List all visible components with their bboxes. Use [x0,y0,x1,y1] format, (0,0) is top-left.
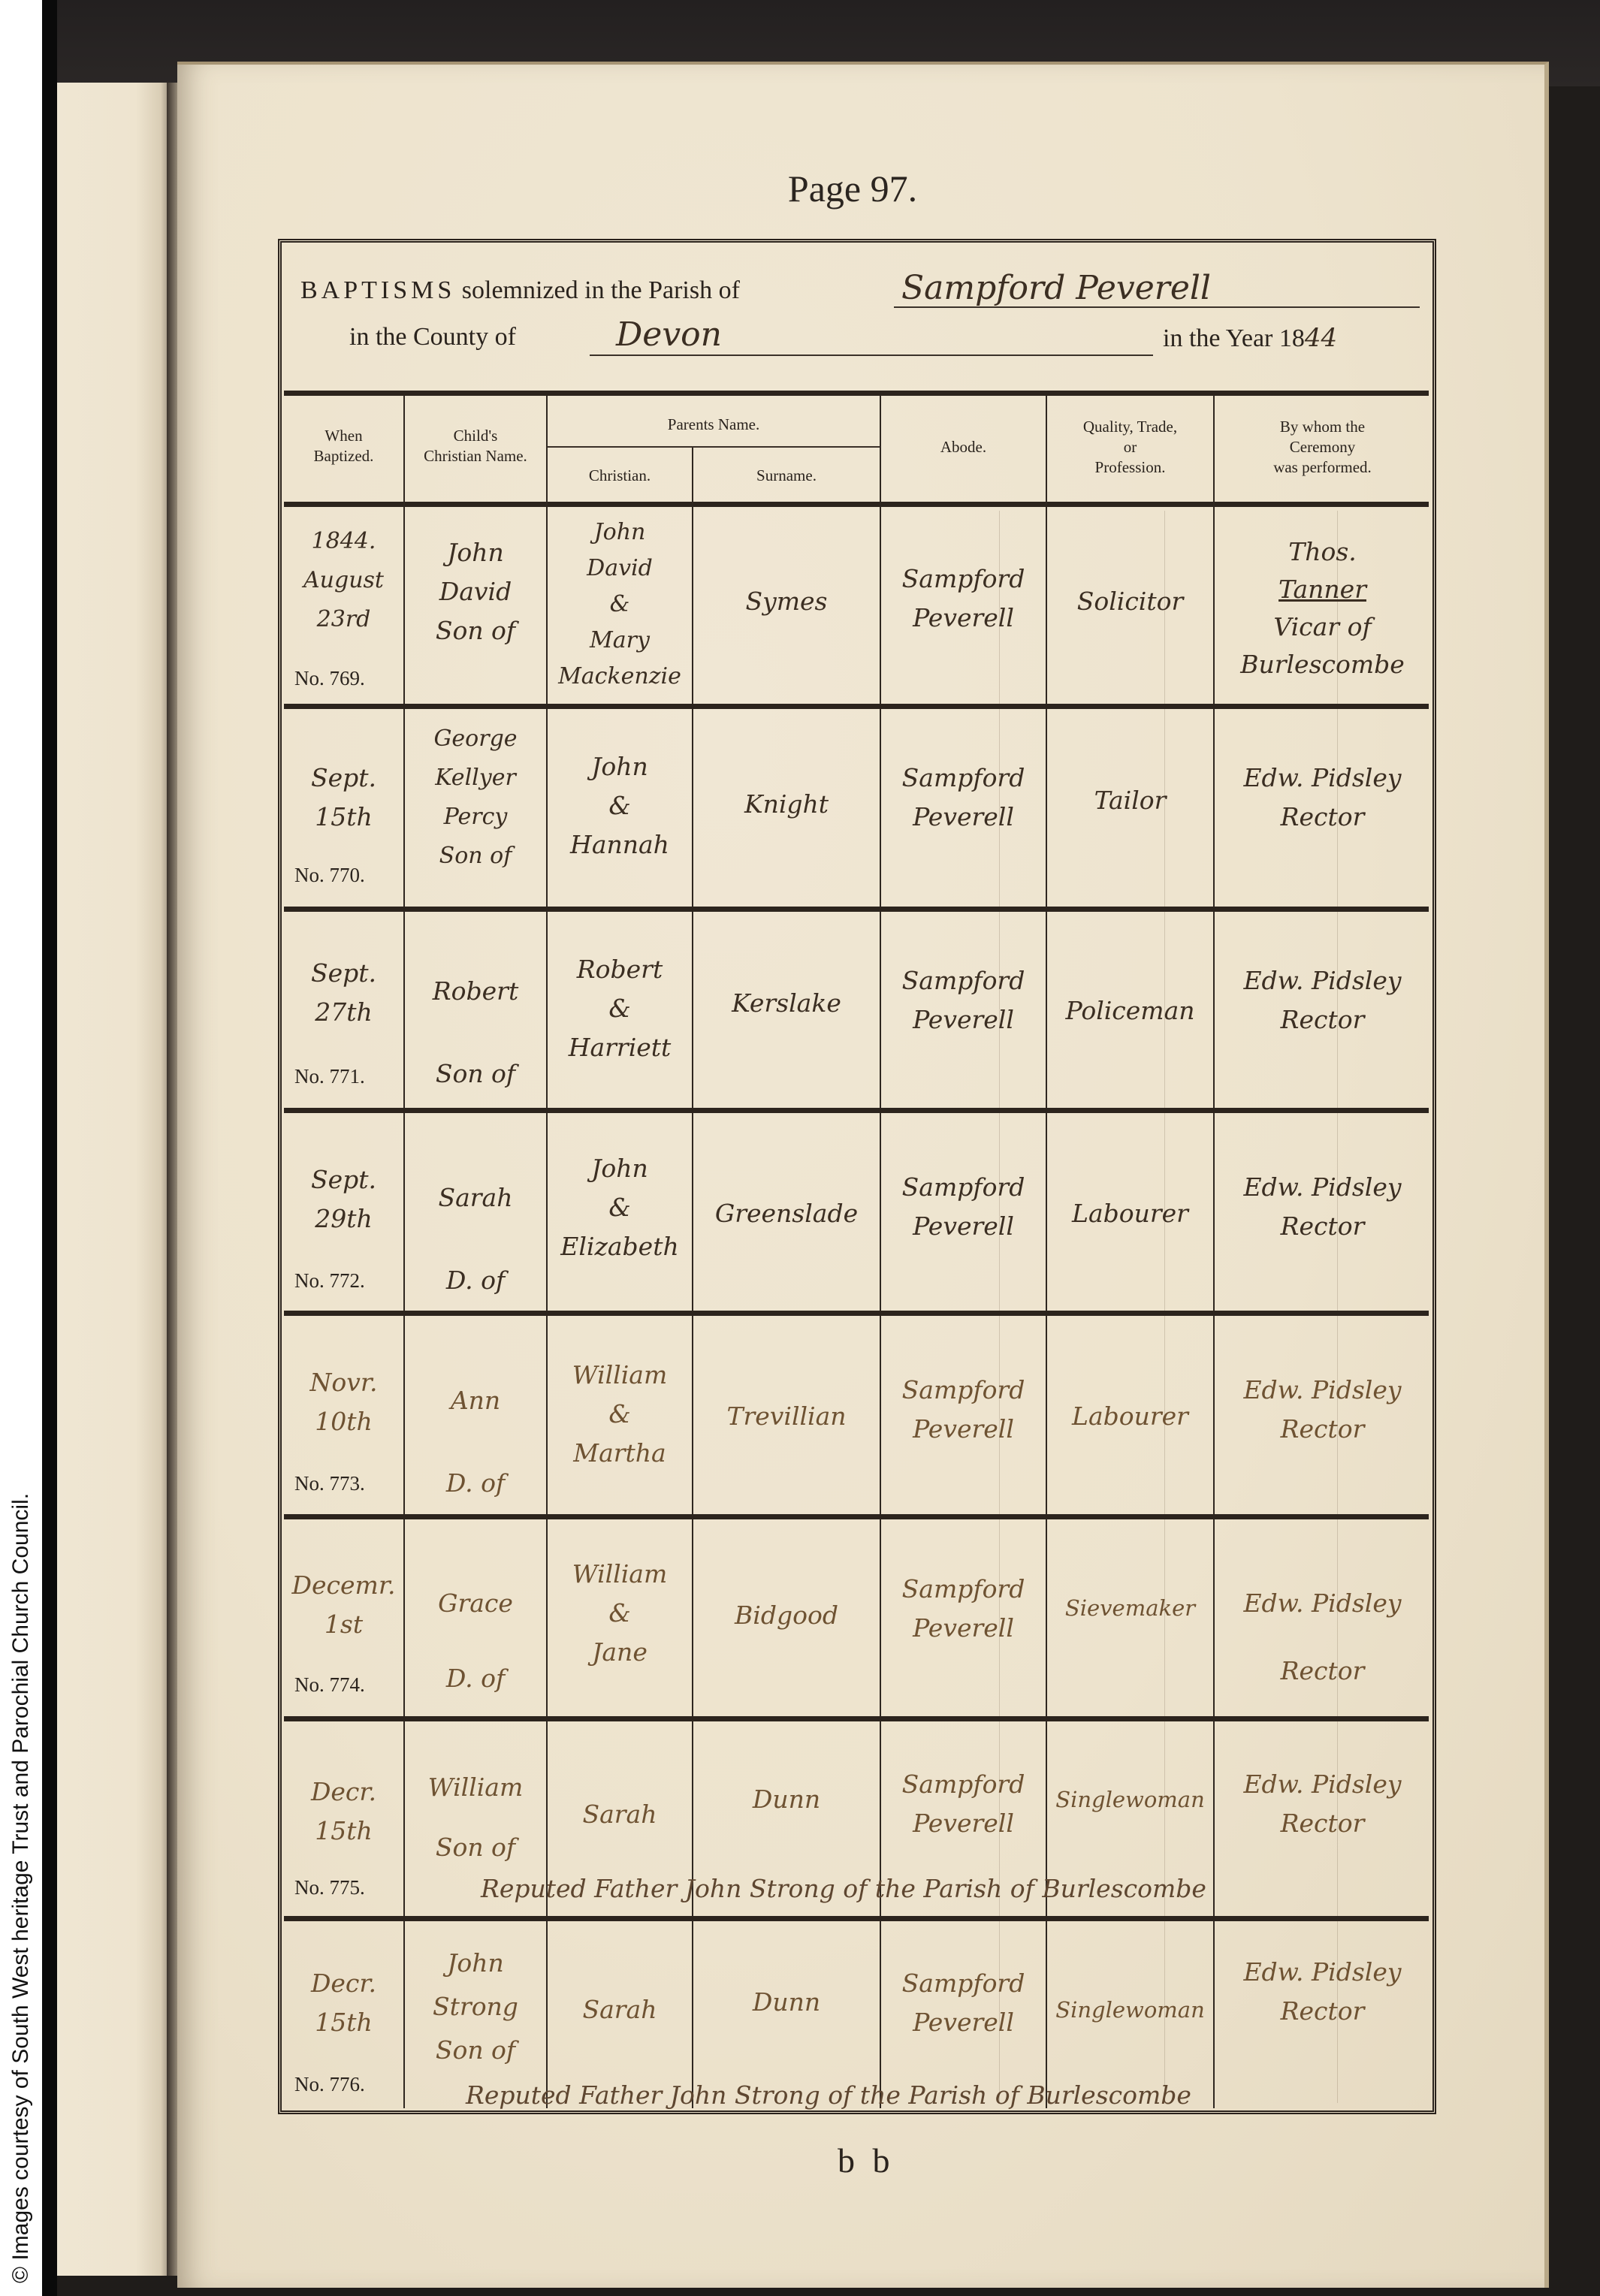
abode-line: Sampford [882,961,1045,1000]
entry-abode: Sampford Peverell [882,1765,1045,1843]
title-caps: BAPTISMS [300,276,455,304]
row-rule [284,907,1429,912]
header-ceremony-line: was performed. [1215,457,1429,478]
christian-line: Robert [548,950,691,989]
column-divider [403,396,405,2108]
abode-line: Sampford [882,1570,1045,1609]
year-suffix: 44 [1305,323,1337,353]
child-line: D. of [406,1239,545,1322]
officiant-line: Rector [1215,1410,1429,1449]
entry-child: Sarah D. of [406,1157,545,1322]
row-rule [284,704,1429,709]
when-line: Sept. [285,759,402,798]
entry-quality: Solicitor [1048,582,1212,621]
header-ceremony-line: By whom the [1215,417,1429,437]
parish-name: Sampford Peverell [901,269,1211,307]
header-top-rule [284,391,1429,396]
child-line: David [406,572,545,611]
when-line: Decemr. [285,1566,402,1605]
officiant-line: Vicar of [1215,608,1429,646]
officiant-line: Rector [1215,1804,1429,1843]
header-child-line: Christian Name. [406,446,545,466]
abode-line: Peverell [882,1000,1045,1039]
guide-line [1164,511,1165,2103]
when-line: 15th [285,1812,402,1851]
christian-line: David [548,551,691,587]
child-line: D. of [406,1641,545,1716]
header-bottom-rule [284,502,1429,507]
entry-number: No. 773. [294,1472,365,1495]
when-line: 1st [285,1605,402,1644]
entry-abode: Sampford Peverell [882,1371,1045,1449]
column-divider [546,396,548,2108]
christian-line: Mary [548,623,691,659]
entry-number: No. 771. [294,1065,365,1088]
entry-surname: Symes [694,582,879,621]
abode-line: Peverell [882,1804,1045,1843]
entry-child: Ann D. of [406,1359,545,1525]
column-divider [880,396,881,2108]
entry-surname: Trevillian [694,1397,879,1436]
christian-line: William [548,1356,691,1395]
officiant-line: Edw. Pidsley [1215,1953,1429,1992]
when-line: 10th [285,1402,402,1441]
abode-line: Peverell [882,798,1045,837]
christian-line: & [548,1395,691,1434]
entry-officiant: Edw. Pidsley Rector [1215,1371,1429,1449]
christian-line: John [548,1149,691,1188]
header-when-line: Baptized. [285,446,402,466]
header-quality-line: or [1048,437,1212,457]
christian-line: John [548,514,691,551]
child-line: D. of [406,1442,545,1525]
header-parents-surname: Surname. [694,466,879,486]
child-line: Strong [406,1985,545,2029]
abode-line: Peverell [882,2003,1045,2042]
entry-officiant: Edw. Pidsley Rector [1215,759,1429,837]
child-line: John [406,533,545,572]
when-line: August [285,561,402,600]
entry-parents-christian: John & Elizabeth [548,1149,691,1266]
header-parents: Parents Name. [548,415,879,435]
christian-line: Harriett [548,1028,691,1067]
christian-line: & [548,989,691,1028]
entry-surname: Dunn [694,1983,879,2022]
year-prefix: in the Year 18 [1163,324,1305,352]
entry-abode: Sampford Peverell [882,1570,1045,1648]
entry-parents-christian: John David & Mary Mackenzie [548,514,691,695]
entry-quality: Tailor [1048,781,1212,820]
officiant-line: Thos. [1215,533,1429,571]
abode-line: Sampford [882,1964,1045,2003]
entry-number: No. 769. [294,667,365,690]
header-quality-line: Quality, Trade, [1048,417,1212,437]
entry-officiant: Edw. Pidsley Rector [1215,1765,1429,1843]
title-line-2: in the County of [349,323,516,351]
entry-parents-christian: Sarah [548,1795,691,1834]
entry-parents-christian: William & Martha [548,1356,691,1473]
entry-abode: Sampford Peverell [882,1168,1045,1246]
officiant-line: Burlescombe [1215,646,1429,683]
christian-line: & [548,1188,691,1227]
entry-officiant: Thos. Tanner Vicar of Burlescombe [1215,533,1429,683]
officiant-line: Tanner [1215,571,1429,608]
officiant-line: Rector [1215,1637,1429,1705]
entry-child: Robert Son of [406,950,545,1115]
officiant-line: Edw. Pidsley [1215,1570,1429,1637]
entry-when: Sept. 29th [285,1160,402,1239]
entry-quality: Labourer [1048,1194,1212,1233]
entry-number: No. 770. [294,864,365,887]
header-child: Child's Christian Name. [406,426,545,466]
entry-quality: Labourer [1048,1397,1212,1436]
abode-line: Sampford [882,759,1045,798]
entry-note: Reputed Father John Strong of the Parish… [466,2080,1191,2110]
entry-quality: Singlewoman [1048,1780,1212,1819]
entry-when: 1844. August 23rd [285,522,402,639]
officiant-line: Edw. Pidsley [1215,1371,1429,1410]
christian-line: & [548,587,691,623]
abode-line: Sampford [882,1371,1045,1410]
year-label: in the Year 1844 [1163,323,1337,353]
when-line: Sept. [285,1160,402,1199]
entry-number: No. 772. [294,1269,365,1293]
entry-number: No. 776. [294,2073,365,2096]
officiant-line: Rector [1215,1992,1429,2031]
christian-line: & [548,1594,691,1633]
entry-parents-christian: John & Hannah [548,747,691,864]
when-line: Decr. [285,1773,402,1812]
when-line: Decr. [285,1964,402,2003]
entry-child: John David Son of [406,533,545,650]
header-abode: Abode. [882,437,1045,457]
scan-border [42,0,57,2296]
entry-when: Decr. 15th [285,1773,402,1851]
child-line: William [406,1757,545,1818]
entry-quality: Sievemaker [1048,1588,1212,1628]
entry-child: George Kellyer Percy Son of [406,720,545,876]
when-line: Novr. [285,1363,402,1402]
header-ceremony: By whom the Ceremony was performed. [1215,417,1429,478]
parents-subheader-rule [546,446,880,448]
christian-line: Hannah [548,825,691,864]
child-line: Son of [406,611,545,650]
row-rule [284,1716,1429,1721]
header-when: When Baptized. [285,426,402,466]
when-line: 29th [285,1199,402,1239]
christian-line: Martha [548,1434,691,1473]
entry-quality: Singlewoman [1048,1990,1212,2029]
facing-page-edge [57,83,172,2276]
christian-line: Jane [548,1633,691,1672]
entry-child: John Strong Son of [406,1941,545,2072]
entry-child: William Son of [406,1757,545,1878]
entry-parents-christian: William & Jane [548,1555,691,1672]
header-ceremony-line: Ceremony [1215,437,1429,457]
child-line: Sarah [406,1157,545,1239]
entry-child: Grace D. of [406,1566,545,1716]
child-line: Ann [406,1359,545,1442]
child-line: Grace [406,1566,545,1641]
when-line: 15th [285,2003,402,2042]
abode-line: Sampford [882,1168,1045,1207]
when-line: 1844. [285,522,402,561]
entry-note: Reputed Father John Strong of the Parish… [481,1874,1206,1903]
abode-line: Peverell [882,1609,1045,1648]
child-line: Robert [406,950,545,1033]
child-line: Son of [406,837,545,876]
entry-when: Novr. 10th [285,1363,402,1441]
guide-line [999,511,1000,2103]
abode-line: Sampford [882,560,1045,599]
when-line: 23rd [285,600,402,639]
christian-line: Mackenzie [548,659,691,695]
christian-line: Elizabeth [548,1227,691,1266]
header-when-line: When [285,426,402,446]
abode-line: Sampford [882,1765,1045,1804]
entry-when: Decr. 15th [285,1964,402,2042]
officiant-line: Edw. Pidsley [1215,1765,1429,1804]
officiant-line: Rector [1215,798,1429,837]
officiant-line: Edw. Pidsley [1215,759,1429,798]
header-parents-christian: Christian. [548,466,691,486]
header-child-line: Child's [406,426,545,446]
guide-line [1337,511,1338,2103]
entry-officiant: Edw. Pidsley Rector [1215,961,1429,1039]
christian-line: William [548,1555,691,1594]
when-line: 15th [285,798,402,837]
entry-surname: Knight [694,785,879,824]
entry-abode: Sampford Peverell [882,560,1045,638]
page-number: Page 97. [774,167,931,210]
column-divider [1213,396,1215,2108]
entry-number: No. 775. [294,1876,365,1899]
title-line-1: BAPTISMS solemnized in the Parish of [300,276,740,305]
title-text: solemnized in the Parish of [462,276,740,304]
entry-when: Decemr. 1st [285,1566,402,1644]
child-line: Kellyer [406,759,545,798]
entry-officiant: Edw. Pidsley Rector [1215,1953,1429,2031]
header-quality: Quality, Trade, or Profession. [1048,417,1212,478]
column-divider [692,448,693,2108]
christian-line: & [548,786,691,825]
officiant-line: Edw. Pidsley [1215,961,1429,1000]
officiant-line: Rector [1215,1000,1429,1039]
abode-line: Peverell [882,1410,1045,1449]
when-line: 27th [285,993,402,1032]
county-prefix: in the County of [349,323,516,351]
entry-quality: Policeman [1048,991,1212,1030]
entry-surname: Dunn [694,1780,879,1819]
sheet-signature: b b [838,2141,895,2180]
child-line: Son of [406,1033,545,1115]
officiant-line: Rector [1215,1207,1429,1246]
entry-abode: Sampford Peverell [882,961,1045,1039]
county-fill-line [590,355,1153,356]
header-quality-line: Profession. [1048,457,1212,478]
county-name: Devon [616,315,722,354]
when-line: Sept. [285,954,402,993]
child-line: John [406,1941,545,1985]
entry-surname: Greenslade [694,1194,879,1233]
column-divider [1046,396,1047,2108]
entry-when: Sept. 27th [285,954,402,1032]
entry-number: No. 774. [294,1673,365,1697]
entry-parents-christian: Sarah [548,1990,691,2029]
entry-abode: Sampford Peverell [882,1964,1045,2042]
entry-surname: Kerslake [694,984,879,1023]
officiant-line: Edw. Pidsley [1215,1168,1429,1207]
child-line: Son of [406,1818,545,1878]
abode-line: Peverell [882,1207,1045,1246]
entry-when: Sept. 15th [285,759,402,837]
entry-abode: Sampford Peverell [882,759,1045,837]
entry-parents-christian: Robert & Harriett [548,950,691,1067]
image-credit: © Images courtesy of South West heritage… [8,1493,34,2283]
child-line: George [406,720,545,759]
christian-line: John [548,747,691,786]
entry-officiant: Edw. Pidsley Rector [1215,1168,1429,1246]
entry-officiant: Edw. Pidsley Rector [1215,1570,1429,1705]
abode-line: Peverell [882,599,1045,638]
child-line: Percy [406,798,545,837]
row-rule [284,1916,1429,1921]
child-line: Son of [406,2029,545,2072]
entry-surname: Bidgood [694,1596,879,1635]
